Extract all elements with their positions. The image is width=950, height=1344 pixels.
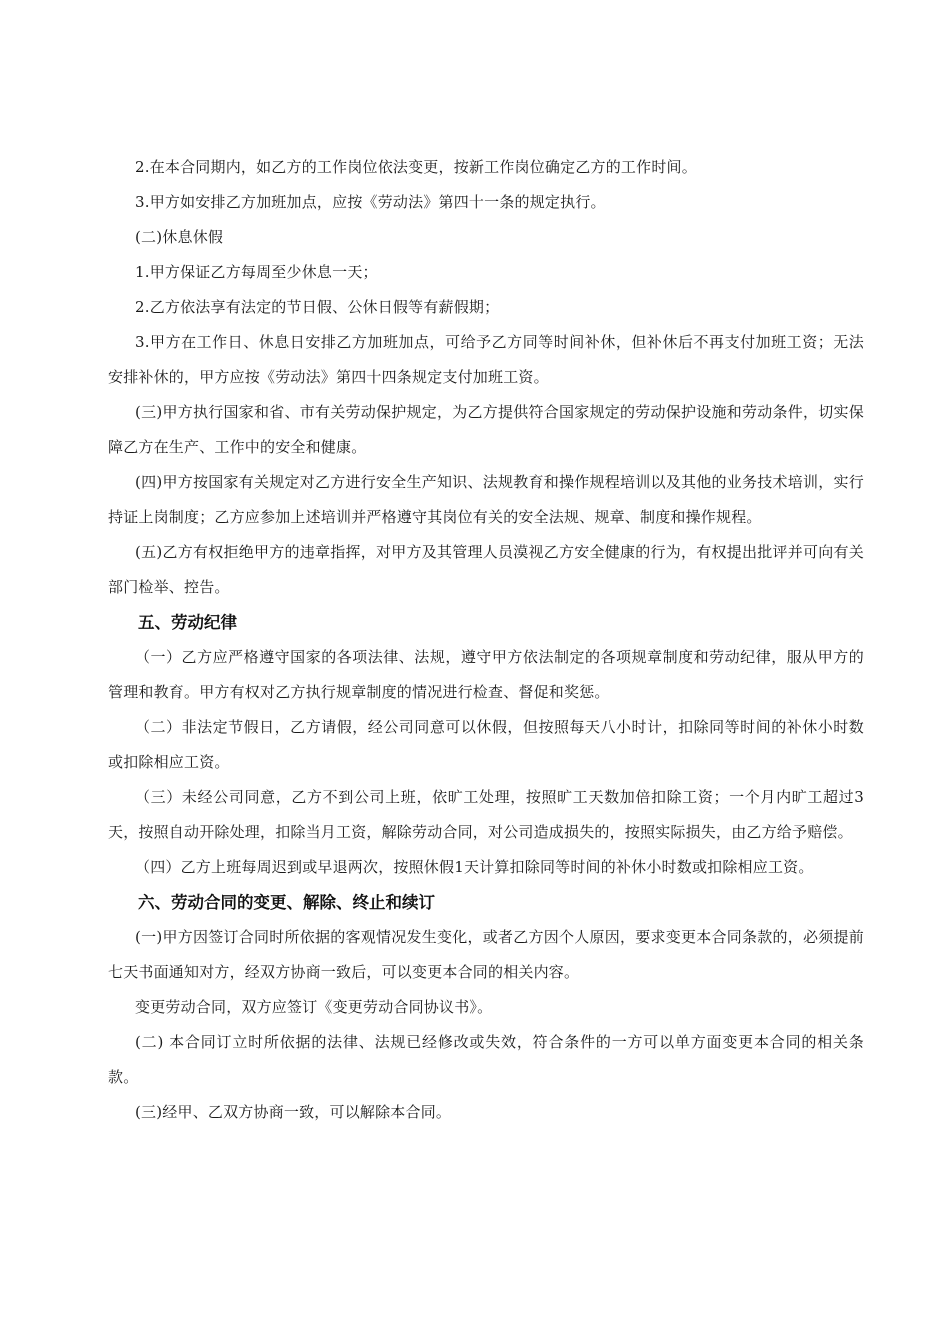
paragraph-discipline-2: （二）非法定节假日，乙方请假，经公司同意可以休假，但按照每天八小时计，扣除同等时… bbox=[108, 710, 864, 780]
paragraph-labor-protection: (三)甲方执行国家和省、市有关劳动保护规定，为乙方提供符合国家规定的劳动保护设施… bbox=[108, 395, 864, 465]
section-heading-contract-changes: 六、劳动合同的变更、解除、终止和续订 bbox=[108, 885, 864, 920]
paragraph-discipline-3: （三）未经公司同意，乙方不到公司上班，依旷工处理，按照旷工天数加倍扣除工资；一个… bbox=[108, 780, 864, 850]
paragraph-rest-2: 2.乙方依法享有法定的节日假、公休日假等有薪假期； bbox=[108, 290, 864, 325]
paragraph-change-1: (一)甲方因签订合同时所依据的客观情况发生变化，或者乙方因个人原因，要求变更本合… bbox=[108, 920, 864, 990]
paragraph-work-hours-2: 2.在本合同期内，如乙方的工作岗位依法变更，按新工作岗位确定乙方的工作时间。 bbox=[108, 150, 864, 185]
paragraph-rest-3: 3.甲方在工作日、休息日安排乙方加班加点，可给予乙方同等时间补休，但补休后不再支… bbox=[108, 325, 864, 395]
section-heading-labor-discipline: 五、劳动纪律 bbox=[108, 605, 864, 640]
paragraph-change-agreement: 变更劳动合同，双方应签订《变更劳动合同协议书》。 bbox=[108, 990, 864, 1025]
paragraph-change-2: (二) 本合同订立时所依据的法律、法规已经修改或失效，符合条件的一方可以单方面变… bbox=[108, 1025, 864, 1095]
paragraph-work-hours-3: 3.甲方如安排乙方加班加点，应按《劳动法》第四十一条的规定执行。 bbox=[108, 185, 864, 220]
paragraph-change-3: (三)经甲、乙双方协商一致，可以解除本合同。 bbox=[108, 1095, 864, 1130]
document-page: 2.在本合同期内，如乙方的工作岗位依法变更，按新工作岗位确定乙方的工作时间。 3… bbox=[108, 150, 864, 1130]
subheading-rest-leave: (二)休息休假 bbox=[108, 220, 864, 255]
paragraph-discipline-4: （四）乙方上班每周迟到或早退两次，按照休假1天计算扣除同等时间的补休小时数或扣除… bbox=[108, 850, 864, 885]
paragraph-safety-training: (四)甲方按国家有关规定对乙方进行安全生产知识、法规教育和操作规程培训以及其他的… bbox=[108, 465, 864, 535]
paragraph-rest-1: 1.甲方保证乙方每周至少休息一天； bbox=[108, 255, 864, 290]
paragraph-discipline-1: （一）乙方应严格遵守国家的各项法律、法规，遵守甲方依法制定的各项规章制度和劳动纪… bbox=[108, 640, 864, 710]
paragraph-refuse-violation: (五)乙方有权拒绝甲方的违章指挥，对甲方及其管理人员漠视乙方安全健康的行为，有权… bbox=[108, 535, 864, 605]
